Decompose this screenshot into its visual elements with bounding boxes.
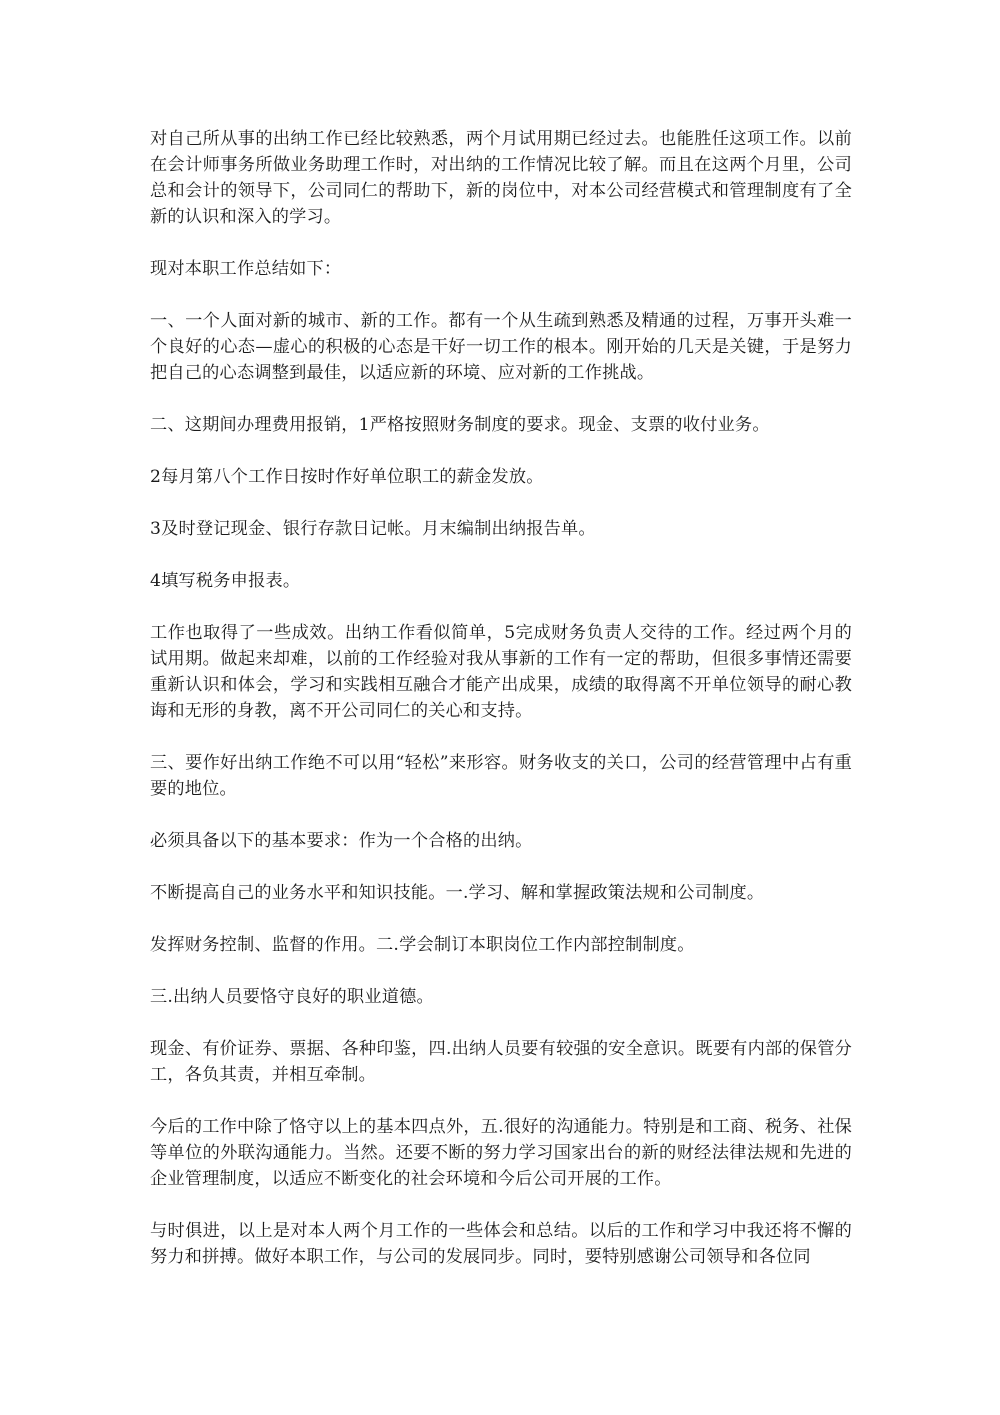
document-body: 对自己所从事的出纳工作已经比较熟悉，两个月试用期已经过去。也能胜任这项工作。以前… [150, 126, 852, 1296]
paragraph-requirement-1: 不断提高自己的业务水平和知识技能。一.学习、解和掌握政策法规和公司制度。 [150, 880, 852, 906]
paragraph-requirement-5: 今后的工作中除了恪守以上的基本四点外，五.很好的沟通能力。特别是和工商、税务、社… [150, 1114, 852, 1192]
paragraph-item-3: 3及时登记现金、银行存款日记帐。月末编制出纳报告单。 [150, 516, 852, 542]
paragraph-section-2: 二、这期间办理费用报销，1严格按照财务制度的要求。现金、支票的收付业务。 [150, 412, 852, 438]
paragraph-requirements: 必须具备以下的基本要求：作为一个合格的出纳。 [150, 828, 852, 854]
paragraph-summary-heading: 现对本职工作总结如下： [150, 256, 852, 282]
paragraph-requirement-4: 现金、有价证券、票据、各种印鉴，四.出纳人员要有较强的安全意识。既要有内部的保管… [150, 1036, 852, 1088]
paragraph-conclusion: 与时俱进，以上是对本人两个月工作的一些体会和总结。以后的工作和学习中我还将不懈的… [150, 1218, 852, 1270]
paragraph-results: 工作也取得了一些成效。出纳工作看似简单，5完成财务负责人交待的工作。经过两个月的… [150, 620, 852, 724]
paragraph-item-2: 2每月第八个工作日按时作好单位职工的薪金发放。 [150, 464, 852, 490]
paragraph-item-4: 4填写税务申报表。 [150, 568, 852, 594]
paragraph-requirement-2: 发挥财务控制、监督的作用。二.学会制订本职岗位工作内部控制制度。 [150, 932, 852, 958]
paragraph-section-1: 一、一个人面对新的城市、新的工作。都有一个从生疏到熟悉及精通的过程，万事开头难一… [150, 308, 852, 386]
paragraph-intro: 对自己所从事的出纳工作已经比较熟悉，两个月试用期已经过去。也能胜任这项工作。以前… [150, 126, 852, 230]
paragraph-section-3: 三、要作好出纳工作绝不可以用“轻松”来形容。财务收支的关口，公司的经营管理中占有… [150, 750, 852, 802]
paragraph-requirement-3: 三.出纳人员要恪守良好的职业道德。 [150, 984, 852, 1010]
